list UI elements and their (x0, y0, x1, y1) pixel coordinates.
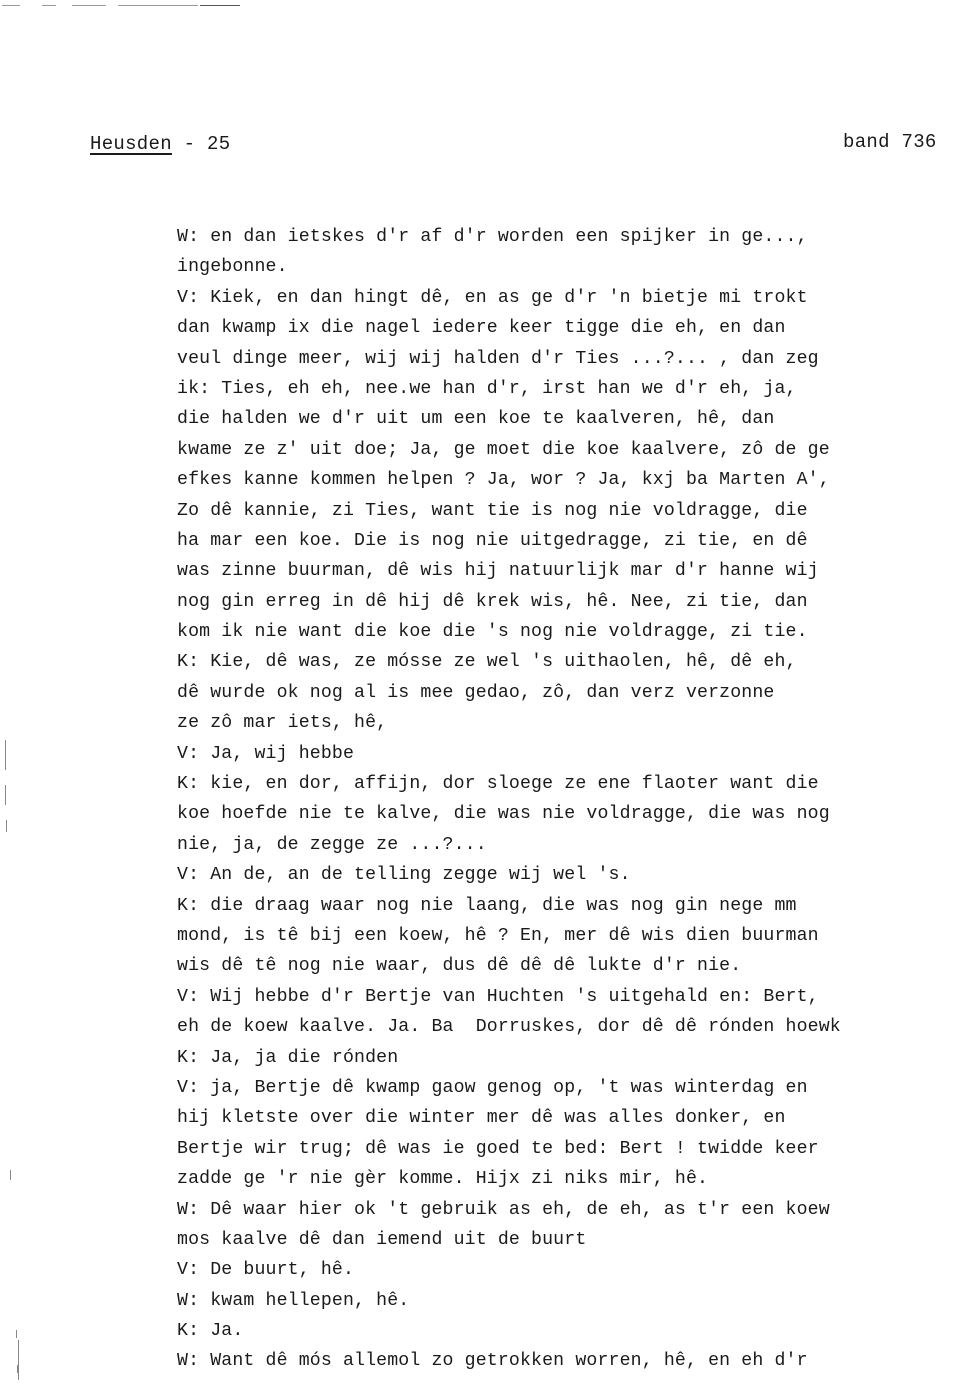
transcript-line: ik: Ties, eh eh, nee.we han d'r, irst ha… (177, 374, 937, 404)
transcript-line: V: Kiek, en dan hingt dê, en as ge d'r '… (177, 283, 937, 313)
transcript-line: W: Dê waar hier ok 't gebruik as eh, de … (177, 1195, 937, 1225)
transcript-line: dan kwamp ix die nagel iedere keer tigge… (177, 313, 937, 343)
transcript-line: V: Ja, wij hebbe (177, 739, 937, 769)
transcript-line: Zo dê kannie, zi Ties, want tie is nog n… (177, 496, 937, 526)
transcript-line: ingebonne. (177, 252, 937, 282)
header-separator: - (172, 133, 207, 155)
transcript-line: V: De buurt, hê. (177, 1255, 937, 1285)
transcript-line: zadde ge 'r nie gèr komme. Hijx zi niks … (177, 1164, 937, 1194)
transcript-line: V: ja, Bertje dê kwamp gaow genog op, 't… (177, 1073, 937, 1103)
transcript-line: W: Want dê mós allemol zo getrokken worr… (177, 1346, 937, 1376)
transcript-line: V: An de, an de telling zegge wij wel 's… (177, 860, 937, 890)
transcript-line: K: Ja, ja die rónden (177, 1043, 937, 1073)
transcript-line: hij kletste over die winter mer dê was a… (177, 1103, 937, 1133)
transcript-line: K: Kie, dê was, ze mósse ze wel 's uitha… (177, 647, 937, 677)
transcript-line: veul dinge meer, wij wij halden d'r Ties… (177, 344, 937, 374)
transcript-line: mos kaalve dê dan iemend uit de buurt (177, 1225, 937, 1255)
transcript-body: W: en dan ietskes d'r af d'r worden een … (177, 222, 937, 1377)
tape-label: band 736 (843, 131, 937, 153)
page-number: 25 (207, 133, 230, 155)
transcript-line: was zinne buurman, dê wis hij natuurlijk… (177, 556, 937, 586)
transcript-line: wis dê tê nog nie waar, dus dê dê dê luk… (177, 951, 937, 981)
transcript-line: Bertje wir trug; dê was ie goed te bed: … (177, 1134, 937, 1164)
transcript-line: dê wurde ok nog al is mee gedao, zô, dan… (177, 678, 937, 708)
transcript-line: koe hoefde nie te kalve, die was nie vol… (177, 799, 937, 829)
transcript-line: mond, is tê bij een koew, hê ? En, mer d… (177, 921, 937, 951)
transcript-line: ze zô mar iets, hê, (177, 708, 937, 738)
transcript-line: K: die draag waar nog nie laang, die was… (177, 891, 937, 921)
transcript-line: eh de koew kaalve. Ja. Ba Dorruskes, dor… (177, 1012, 937, 1042)
place-name: Heusden (90, 133, 172, 155)
transcript-line: efkes kanne kommen helpen ? Ja, wor ? Ja… (177, 465, 937, 495)
transcript-line: nog gin erreg in dê hij dê krek wis, hê.… (177, 587, 937, 617)
transcript-line: nie, ja, de zegge ze ...?... (177, 830, 937, 860)
transcript-line: ha mar een koe. Die is nog nie uitgedrag… (177, 526, 937, 556)
transcript-line: W: kwam hellepen, hê. (177, 1286, 937, 1316)
transcript-line: kom ik nie want die koe die 's nog nie v… (177, 617, 937, 647)
transcript-line: die halden we d'r uit um een koe te kaal… (177, 404, 937, 434)
transcript-line: V: Wij hebbe d'r Bertje van Huchten 's u… (177, 982, 937, 1012)
scan-artifact (0, 2, 240, 8)
transcript-line: W: en dan ietskes d'r af d'r worden een … (177, 222, 937, 252)
transcript-line: kwame ze z' uit doe; Ja, ge moet die koe… (177, 435, 937, 465)
scan-margin-marks (2, 740, 16, 1390)
document-header-left: Heusden - 25 (90, 133, 230, 155)
transcript-line: K: kie, en dor, affijn, dor sloege ze en… (177, 769, 937, 799)
transcript-line: K: Ja. (177, 1316, 937, 1346)
